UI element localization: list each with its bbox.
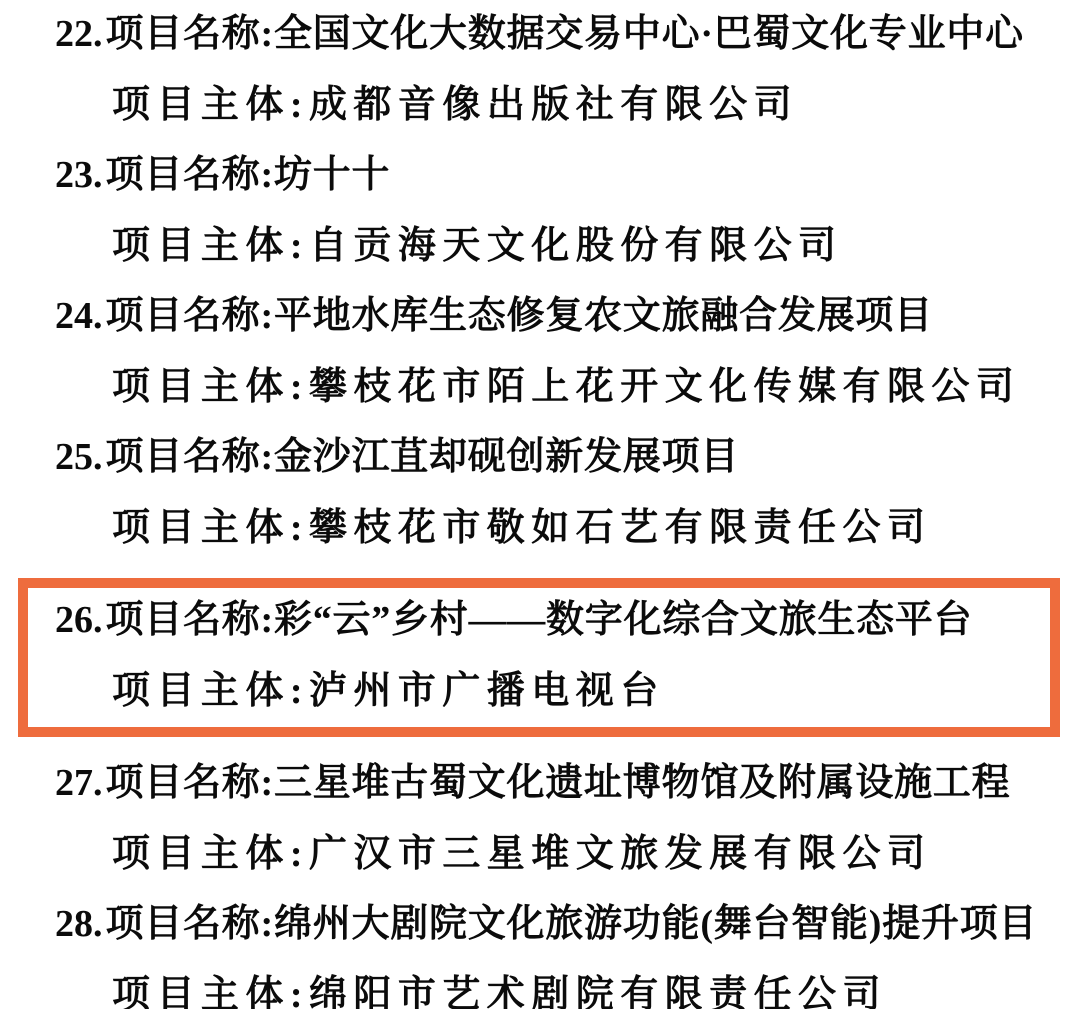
project-subject-label: 项目主体: (112, 507, 309, 549)
list-item: 24.项目名称:平地水库生态修复农文旅融合发展项目 项目主体:攀枝花市陌上花开文… (0, 296, 1080, 407)
project-subject-line: 项目主体:自贡海天文化股份有限公司 (0, 226, 1080, 266)
project-name-line: 25.项目名称:金沙江苴却砚创新发展项目 (0, 437, 1080, 477)
project-subject-label: 项目主体: (112, 225, 309, 267)
project-name-label: 项目名称: (106, 903, 274, 945)
project-subject-label: 项目主体: (112, 974, 309, 1009)
project-subject-line: 项目主体:攀枝花市敬如石艺有限责任公司 (0, 508, 1080, 548)
list-item: 27.项目名称:三星堆古蜀文化遗址博物馆及附属设施工程 项目主体:广汉市三星堆文… (0, 763, 1080, 874)
project-name-line: 26.项目名称:彩“云”乡村——数字化综合文旅生态平台 (28, 600, 1050, 640)
project-name-line: 28.项目名称:绵州大剧院文化旅游功能(舞台智能)提升项目 (0, 904, 1080, 944)
project-name-label: 项目名称: (106, 13, 274, 55)
project-name-line: 24.项目名称:平地水库生态修复农文旅融合发展项目 (0, 296, 1080, 336)
project-name-label: 项目名称: (106, 436, 274, 478)
list-item: 26.项目名称:彩“云”乡村——数字化综合文旅生态平台 项目主体:泸州市广播电视… (18, 578, 1060, 737)
project-name-label: 项目名称: (106, 762, 274, 804)
list-item: 25.项目名称:金沙江苴却砚创新发展项目 项目主体:攀枝花市敬如石艺有限责任公司 (0, 437, 1080, 548)
project-subject: 泸州市广播电视台 (309, 670, 665, 712)
project-subject-line: 项目主体:成都音像出版社有限公司 (0, 85, 1080, 125)
list-item: 22.项目名称:全国文化大数据交易中心·巴蜀文化专业中心 项目主体:成都音像出版… (0, 14, 1080, 125)
project-name: 三星堆古蜀文化遗址博物馆及附属设施工程 (274, 762, 1010, 804)
project-subject-label: 项目主体: (112, 84, 309, 126)
project-subject: 绵阳市艺术剧院有限责任公司 (309, 974, 887, 1009)
item-number: 26. (55, 599, 103, 641)
project-subject: 攀枝花市敬如石艺有限责任公司 (309, 507, 931, 549)
project-subject-label: 项目主体: (112, 670, 309, 712)
project-name-label: 项目名称: (106, 295, 274, 337)
project-name: 金沙江苴却砚创新发展项目 (274, 436, 739, 478)
project-subject: 自贡海天文化股份有限公司 (309, 225, 843, 267)
item-number: 27. (55, 762, 103, 804)
item-number: 25. (55, 436, 103, 478)
project-subject-line: 项目主体:广汉市三星堆文旅发展有限公司 (0, 834, 1080, 874)
project-name-line: 23.项目名称:坊十十 (0, 155, 1080, 195)
project-subject: 广汉市三星堆文旅发展有限公司 (309, 833, 931, 875)
project-subject: 攀枝花市陌上花开文化传媒有限公司 (309, 366, 1020, 408)
document-page: 22.项目名称:全国文化大数据交易中心·巴蜀文化专业中心 项目主体:成都音像出版… (0, 0, 1080, 1009)
project-subject-label: 项目主体: (112, 833, 309, 875)
project-name-line: 22.项目名称:全国文化大数据交易中心·巴蜀文化专业中心 (0, 14, 1080, 54)
list-item: 23.项目名称:坊十十 项目主体:自贡海天文化股份有限公司 (0, 155, 1080, 266)
project-subject-line: 项目主体:绵阳市艺术剧院有限责任公司 (0, 975, 1080, 1009)
project-subject: 成都音像出版社有限公司 (309, 84, 798, 126)
list-item: 28.项目名称:绵州大剧院文化旅游功能(舞台智能)提升项目 项目主体:绵阳市艺术… (0, 904, 1080, 1009)
project-name: 坊十十 (274, 154, 390, 196)
project-name-label: 项目名称: (106, 599, 274, 641)
item-number: 23. (55, 154, 103, 196)
item-number: 24. (55, 295, 103, 337)
project-subject-line: 项目主体:攀枝花市陌上花开文化传媒有限公司 (0, 367, 1080, 407)
project-name-line: 27.项目名称:三星堆古蜀文化遗址博物馆及附属设施工程 (0, 763, 1080, 803)
project-subject-line: 项目主体:泸州市广播电视台 (28, 671, 1050, 711)
item-number: 22. (55, 13, 103, 55)
project-name: 全国文化大数据交易中心·巴蜀文化专业中心 (274, 13, 1024, 55)
project-list: 22.项目名称:全国文化大数据交易中心·巴蜀文化专业中心 项目主体:成都音像出版… (0, 14, 1080, 1009)
project-name: 绵州大剧院文化旅游功能(舞台智能)提升项目 (274, 903, 1037, 945)
project-name: 平地水库生态修复农文旅融合发展项目 (274, 295, 933, 337)
item-number: 28. (55, 903, 103, 945)
project-name: 彩“云”乡村——数字化综合文旅生态平台 (274, 599, 972, 641)
project-subject-label: 项目主体: (112, 366, 309, 408)
project-name-label: 项目名称: (106, 154, 274, 196)
